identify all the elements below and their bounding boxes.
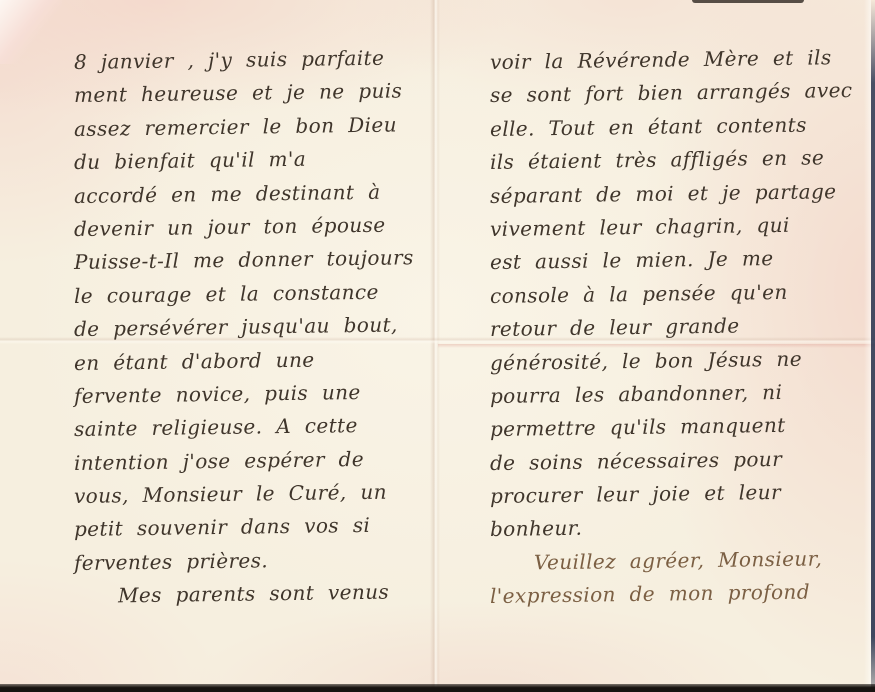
- handwritten-line: permettre qu'ils manquent: [490, 408, 875, 447]
- handwritten-line: ferventes prières.: [74, 542, 436, 580]
- handwritten-line: fervente novice, puis une: [74, 375, 436, 413]
- handwritten-line: elle. Tout en étant contents: [490, 107, 875, 146]
- handwritten-line: Mes parents sont venus: [74, 575, 436, 613]
- handwritten-line: de persévérer jusqu'au bout,: [74, 308, 436, 346]
- handwritten-line: séparant de moi et je partage: [490, 174, 875, 213]
- letter-page-right: voir la Révérende Mère et ils se sont fo…: [490, 46, 875, 614]
- letter-page-left: 8 janvier , j'y suis parfaite ment heure…: [74, 46, 436, 614]
- handwritten-line: sainte religieuse. A cette: [74, 408, 436, 446]
- handwritten-line: de soins nécessaires pour: [490, 441, 875, 480]
- handwritten-line: ment heureuse et je ne puis: [74, 74, 436, 112]
- letter-scan: 8 janvier , j'y suis parfaite ment heure…: [0, 0, 875, 692]
- handwritten-line: Puisse-t-Il me donner toujours: [74, 241, 436, 279]
- handwritten-line: se sont fort bien arrangés avec: [490, 74, 875, 113]
- handwritten-line: petit souvenir dans vos si: [74, 508, 436, 546]
- handwritten-line: accordé en me destinant à: [74, 175, 436, 213]
- paper-edge-highlight-right: [864, 0, 871, 692]
- handwritten-line: ils étaient très affligés en se: [490, 141, 875, 180]
- handwritten-line: devenir un jour ton épouse: [74, 208, 436, 246]
- scan-edge-right: [871, 0, 875, 692]
- handwritten-line: bonheur.: [490, 508, 875, 547]
- handwritten-line: le courage et la constance: [74, 275, 436, 313]
- handwritten-line: générosité, le bon Jésus ne: [490, 341, 875, 380]
- scan-edge-top-right: [692, 0, 804, 3]
- handwritten-line: en étant d'abord une: [74, 341, 436, 379]
- scan-edge-bottom: [0, 684, 875, 692]
- handwritten-line: 8 janvier , j'y suis parfaite: [74, 41, 436, 79]
- handwritten-line: retour de leur grande: [490, 308, 875, 347]
- handwritten-line: assez remercier le bon Dieu: [74, 108, 436, 146]
- handwritten-line: intention j'ose espérer de: [74, 442, 436, 480]
- handwritten-line: l'expression de mon profond: [490, 575, 875, 614]
- handwritten-line: est aussi le mien. Je me: [490, 241, 875, 280]
- handwritten-line: console à la pensée qu'en: [490, 274, 875, 313]
- handwritten-line: du bienfait qu'il m'a: [74, 141, 436, 179]
- paper-corner-fold-top-left: [0, 0, 62, 64]
